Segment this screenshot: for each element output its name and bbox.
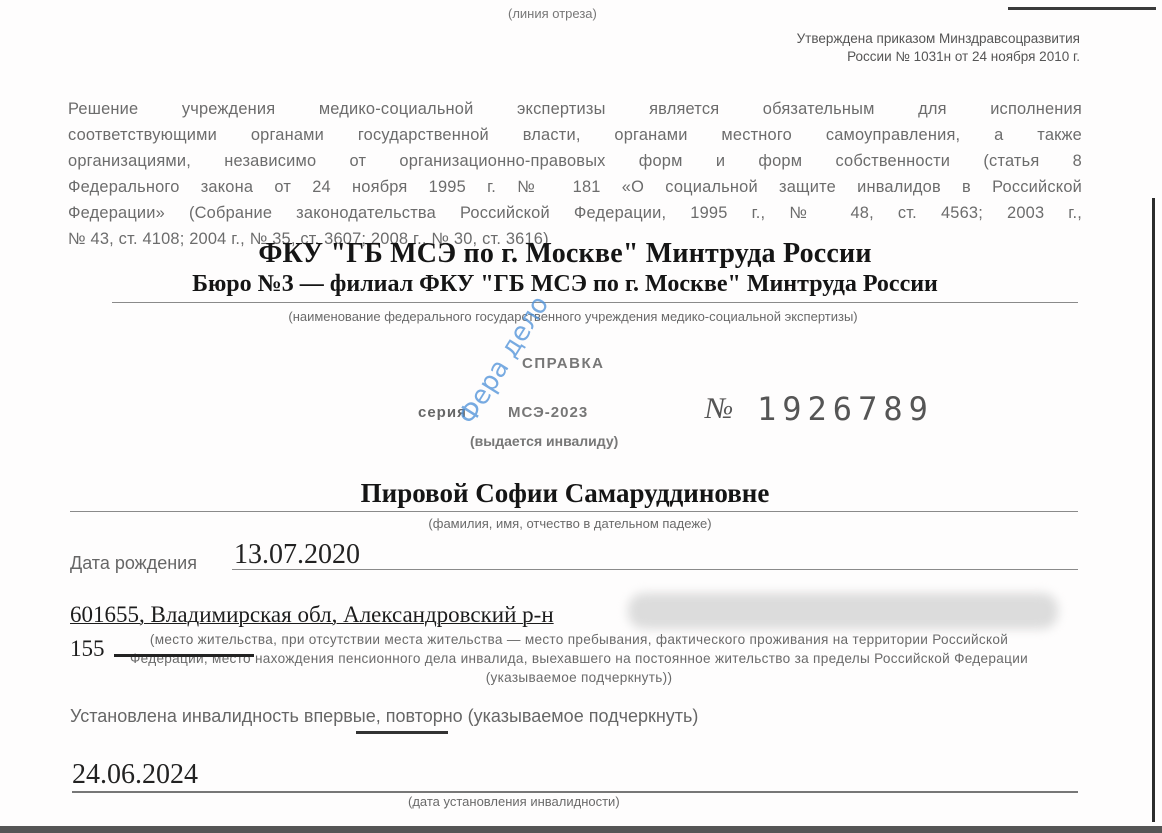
series-value: МСЭ-2023 [508,404,588,421]
organization-name: ФКУ "ГБ МСЭ по г. Москве" Минтруда Росси… [0,238,1130,270]
residence-caption: (место жительства, при отсутствии места … [114,630,1044,687]
issued-to-caption: (выдается инвалиду) [470,433,618,449]
legal-notice-line: Решение учреждения медико-социальной экс… [68,96,1082,122]
recipient-name: Пировой Софии Самаруддиновне [0,478,1130,509]
residence-underline [114,654,254,657]
organization-caption: (наименование федерального государственн… [0,309,1146,324]
approval-note-line: Утверждена приказом Минздравсоцразвития [797,30,1080,48]
disability-date-rule [72,791,1078,793]
recipient-caption: (фамилия, имя, отчество в дательном паде… [0,516,1140,531]
legal-notice-line: организациями, независимо от организацио… [68,148,1082,174]
birth-date-label: Дата рождения [70,553,197,574]
document-title: СПРАВКА [522,355,604,372]
recipient-rule [70,511,1078,512]
page-edge-right [1152,198,1155,822]
legal-notice-line: соответствующими органами государственно… [68,122,1082,148]
birth-date-value: 13.07.2020 [234,539,360,571]
disability-first-underline [356,731,448,734]
disability-date-value: 24.06.2024 [72,759,198,791]
approval-note: Утверждена приказом Минздравсоцразвития … [797,30,1080,66]
cut-line [1008,7,1156,10]
organization-branch: Бюро №3 — филиал ФКУ "ГБ МСЭ по г. Москв… [0,271,1130,298]
certificate-page: (линия отреза) Утверждена приказом Минзд… [0,0,1162,833]
disability-established: Установлена инвалидность впервые, повтор… [70,706,698,727]
organization-rule [112,302,1078,303]
page-edge-bottom [0,826,1162,833]
legal-notice: Решение учреждения медико-социальной экс… [68,96,1082,252]
number-sign: № [705,392,733,426]
birth-date-rule [232,569,1078,570]
cut-line-label: (линия отреза) [508,6,597,21]
certificate-number: 1926789 [757,390,934,428]
address-line-1: 601655, Владимирская обл, Александровски… [70,602,554,628]
redacted-area [628,593,1058,629]
disability-date-caption: (дата установления инвалидности) [408,794,620,809]
legal-notice-line: Федерального закона от 24 ноября 1995 г.… [68,174,1082,200]
legal-notice-line: Федерации» (Собрание законодательства Ро… [68,200,1082,226]
address-line-2: 155 [70,636,105,662]
approval-note-line: России № 1031н от 24 ноября 2010 г. [797,48,1080,66]
disability-established-label: Установлена инвалидность [70,706,299,726]
disability-option-repeat: , повторно (указываемое подчеркнуть) [376,706,699,726]
disability-option-first: впервые [304,706,376,726]
